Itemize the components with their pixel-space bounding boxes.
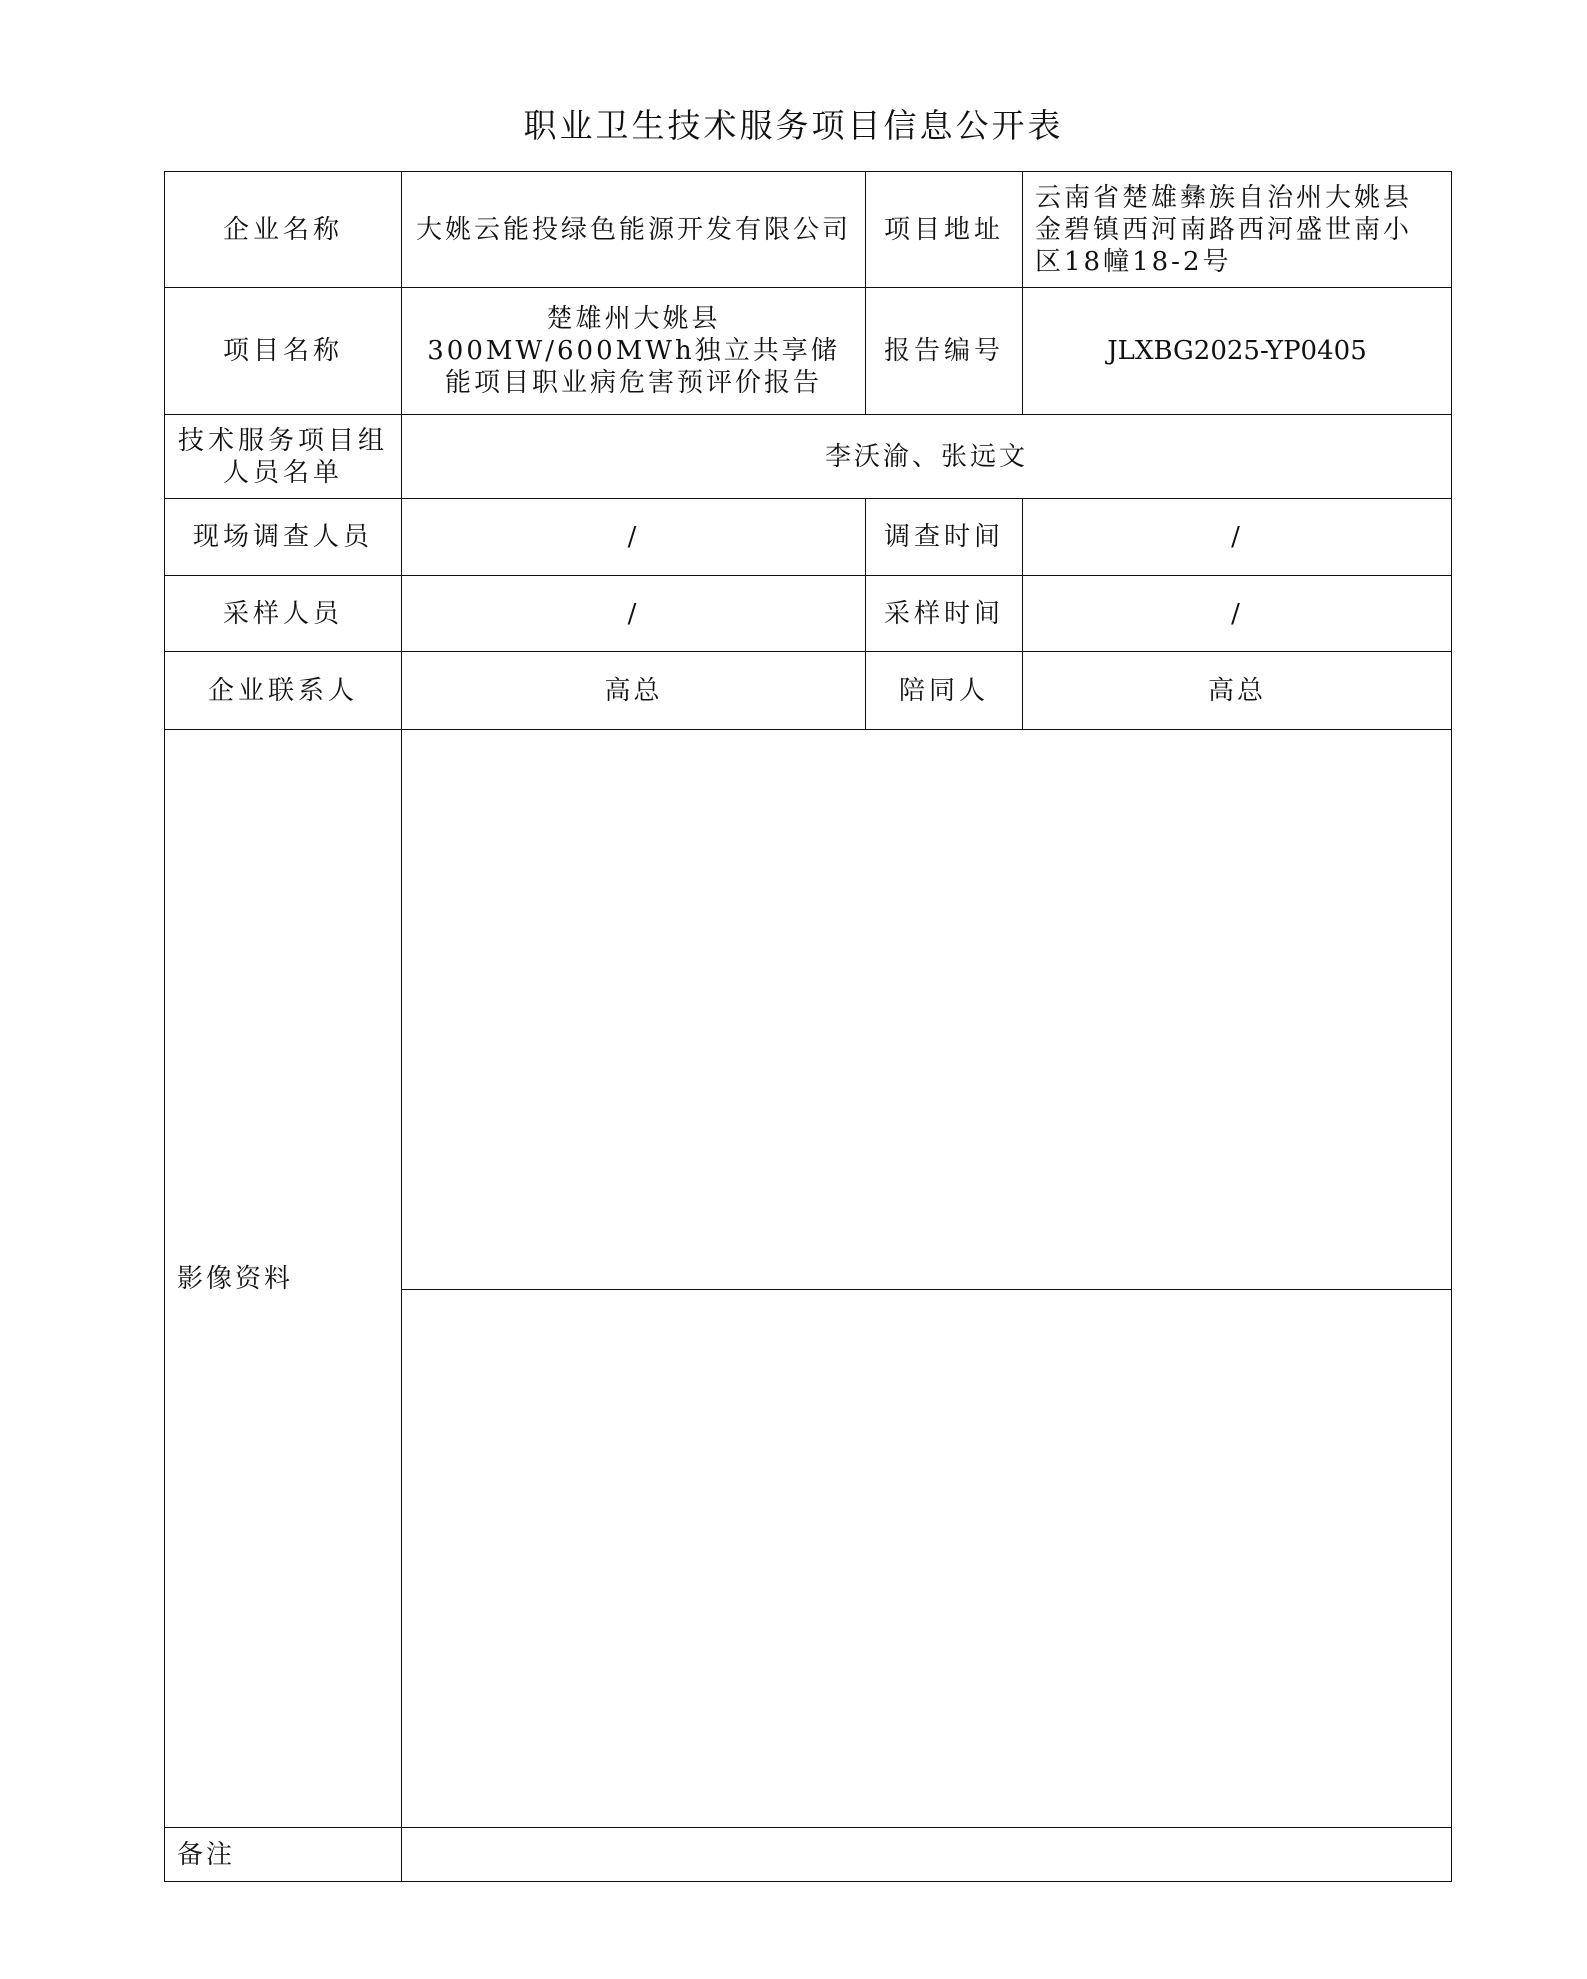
team-members-label: 技术服务项目组人员名单 <box>165 415 402 499</box>
sampling-staff-label: 采样人员 <box>165 576 402 652</box>
project-name-label: 项目名称 <box>165 288 402 415</box>
row-team: 技术服务项目组人员名单 李沃渝、张远文 <box>165 415 1452 499</box>
report-number-label: 报告编号 <box>866 288 1023 415</box>
project-address-value: 云南省楚雄彝族自治州大姚县金碧镇西河南路西河盛世南小区18幢18-2号 <box>1023 172 1452 288</box>
contact-label: 企业联系人 <box>165 652 402 730</box>
accompany-value: 高总 <box>1023 652 1452 730</box>
accompany-label: 陪同人 <box>866 652 1023 730</box>
row-company: 企业名称 大姚云能投绿色能源开发有限公司 项目地址 云南省楚雄彝族自治州大姚县金… <box>165 172 1452 288</box>
team-members-value: 李沃渝、张远文 <box>402 415 1452 499</box>
project-name-value: 楚雄州大姚县300MW/600MWh独立共享储能项目职业病危害预评价报告 <box>402 288 866 415</box>
company-name-label: 企业名称 <box>165 172 402 288</box>
page-title: 职业卫生技术服务项目信息公开表 <box>0 100 1587 147</box>
row-sampling: 采样人员 / 采样时间 / <box>165 576 1452 652</box>
image-slot-2 <box>402 1290 1452 1828</box>
survey-time-value: / <box>1023 499 1452 576</box>
report-number-value: JLXBG2025-YP0405 <box>1023 288 1452 415</box>
sampling-staff-value: / <box>402 576 866 652</box>
images-label: 影像资料 <box>165 730 402 1828</box>
remarks-label: 备注 <box>165 1828 402 1882</box>
sampling-time-label: 采样时间 <box>866 576 1023 652</box>
row-project: 项目名称 楚雄州大姚县300MW/600MWh独立共享储能项目职业病危害预评价报… <box>165 288 1452 415</box>
survey-time-label: 调查时间 <box>866 499 1023 576</box>
info-table: 企业名称 大姚云能投绿色能源开发有限公司 项目地址 云南省楚雄彝族自治州大姚县金… <box>164 171 1452 1882</box>
row-images-1: 影像资料 <box>165 730 1452 1290</box>
image-slot-1 <box>402 730 1452 1290</box>
row-remarks: 备注 <box>165 1828 1452 1882</box>
remarks-value <box>402 1828 1452 1882</box>
contact-value: 高总 <box>402 652 866 730</box>
sampling-time-value: / <box>1023 576 1452 652</box>
row-contact: 企业联系人 高总 陪同人 高总 <box>165 652 1452 730</box>
row-survey: 现场调查人员 / 调查时间 / <box>165 499 1452 576</box>
company-name-value: 大姚云能投绿色能源开发有限公司 <box>402 172 866 288</box>
survey-staff-label: 现场调查人员 <box>165 499 402 576</box>
project-address-label: 项目地址 <box>866 172 1023 288</box>
survey-staff-value: / <box>402 499 866 576</box>
